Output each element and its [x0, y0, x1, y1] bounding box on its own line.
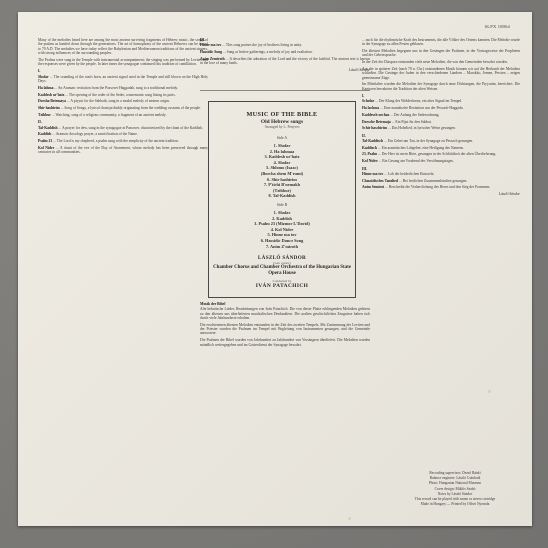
- paragraph: Im Mittelalter wurden die Melodien der S…: [362, 82, 520, 91]
- note-item: Kaddish ... Aramaic doxology prayer, a s…: [38, 132, 208, 136]
- note-term: Psalm 23: [38, 139, 52, 143]
- section-heading: III.: [200, 38, 370, 42]
- side-a-label: Side A: [209, 136, 355, 140]
- note-item: Dorsche Betemaja ... Ein Pijut für den S…: [362, 120, 520, 124]
- liner-notes-english: Many of the melodies heard here are amon…: [38, 38, 208, 508]
- note-term: Tal-Kaddish: [38, 126, 58, 130]
- liner-notes-german-continued: ... auch für die rhythmische Kraft des I…: [362, 38, 520, 448]
- note-item: Kol Nidre ... A chant of the eve of the …: [38, 146, 208, 155]
- note-term: Tzibbur: [38, 113, 51, 117]
- note-item: Dorsha Betemaya ... A piyyut for the Sab…: [38, 99, 208, 103]
- paragraphs: Alte hebräische Lieder, Bearbeitungen vo…: [200, 307, 370, 347]
- note-term: Dorsche Betemaja: [362, 120, 391, 124]
- note-text: ... Ein Gebet um Tau, in der Synagoge zu…: [383, 139, 473, 143]
- note-term: Schofar: [362, 99, 374, 103]
- notes-list: Shofar ... The sounding of the ram's hor…: [38, 75, 208, 117]
- intro-paragraph: Many of the melodies heard here are amon…: [38, 38, 208, 55]
- notes-list: Tal-Kaddish ... A prayer for dew, sung i…: [38, 126, 208, 155]
- production-credits: Recording supervisor: Dezső RánkiBalance…: [390, 471, 520, 507]
- note-item: Kaddesch urchaz ... Der Anfang der Seder…: [362, 113, 520, 117]
- note-term: Hassidic Song: [200, 50, 222, 54]
- notes-list: Hinne ma tov ... This song praises the j…: [200, 43, 370, 65]
- section-heading: Musik der Bibel: [200, 302, 370, 306]
- note-text: ... A piyyut for the Sabbath, sung in a …: [66, 99, 170, 103]
- note-term: 23. Psalm: [362, 152, 377, 156]
- note-term: Chassidisches Tanzlied: [362, 179, 398, 183]
- note-term: Kaddesch urchaz: [362, 113, 389, 117]
- note-item: Tal-Kaddisch ... Ein Gebet um Tau, in de…: [362, 139, 520, 143]
- note-term: Kaddish: [38, 132, 51, 136]
- note-item: Tal-Kaddish ... A prayer for dew, sung i…: [38, 126, 208, 130]
- note-item: Ha lachma ... Eine aramäische Rezitation…: [362, 106, 520, 110]
- note-text: ... It describes the adoration of the Lo…: [200, 57, 370, 65]
- paragraph: Alte hebräische Lieder, Bearbeitungen vo…: [200, 307, 370, 320]
- note-text: ... Ein Gesang am Vorabend des Versöhnun…: [378, 159, 454, 163]
- note-text: ... Watching, song of a religious commun…: [51, 113, 167, 117]
- note-text: ... Das Hohelied, in lyrischer Weise ges…: [387, 126, 456, 130]
- note-item: 23. Psalm ... Der Herr ist mein Hirte, g…: [362, 152, 520, 156]
- note-term: Ha lahma: [38, 86, 53, 90]
- note-item: Chassidisches Tanzlied ... Bei festliche…: [362, 179, 520, 183]
- note-text: ... Der Klang des Widderhorns, ein altes…: [374, 99, 462, 103]
- arranger: Arranged by L. Fenyves: [209, 125, 355, 129]
- note-item: Schofar ... Der Klang des Widderhorns, e…: [362, 99, 520, 103]
- note-text: ... Bei festlichen Zusammenkünften gesun…: [398, 179, 467, 183]
- note-text: ... Aramaic doxology prayer, a sanctific…: [51, 132, 137, 136]
- note-item: Hinne ma tov ... Lob der brüderlichen Ei…: [362, 172, 520, 176]
- note-text: ... Der Herr ist mein Hirte, gesungen in…: [377, 152, 496, 156]
- note-term: Shir hashirim: [38, 106, 60, 110]
- note-item: Kaddesh ur'hatz ... The opening of the o…: [38, 93, 208, 97]
- note-text: ... The opening of the order of the Sede…: [64, 93, 175, 97]
- note-term: Hinne ma tov: [200, 43, 221, 47]
- note-text: ... Ein Pijut für den Sabbat.: [391, 120, 432, 124]
- note-item: Tzibbur ... Watching, song of a religiou…: [38, 113, 208, 117]
- liner-notes-section-3: III. Hinne ma tov ... This song praises …: [200, 38, 370, 106]
- credit-line: Made in Hungary — Printed by Offset Nyom…: [390, 502, 520, 507]
- note-term: Kaddisch: [362, 146, 377, 150]
- note-text: ... Der Anfang der Sederordnung.: [389, 113, 439, 117]
- album-title: MUSIC OF THE BIBLE: [209, 111, 355, 118]
- section-heading: II.: [362, 134, 520, 138]
- note-text: ... Sung at festive gatherings, a melody…: [222, 50, 313, 54]
- notes-list: Schofar ... Der Klang des Widderhorns, e…: [362, 99, 520, 130]
- note-item: Anim Zemiroth ... It describes the adora…: [200, 57, 370, 66]
- ensemble: Chamber Chorus and Chamber Orchestra of …: [209, 265, 355, 277]
- section-heading: I.: [38, 69, 208, 73]
- paragraph: Die ältesten Melodien begegnen uns in de…: [362, 49, 520, 58]
- paragraph: ... auch für die rhythmische Kraft des I…: [362, 38, 520, 47]
- note-item: Ha lahma ... An Aramaic recitation from …: [38, 86, 208, 90]
- catalog-number: SLPX 18064: [485, 24, 510, 29]
- note-item: Schir haschirim ... Das Hohelied, in lyr…: [362, 126, 520, 130]
- paragraphs: ... auch für die rhythmische Kraft des I…: [362, 38, 520, 91]
- note-text: ... An Aramaic recitation from the Passo…: [53, 86, 178, 90]
- note-item: Shir hashirim ... Song of Songs, a lyric…: [38, 106, 208, 110]
- note-term: Kaddesh ur'hatz: [38, 93, 64, 97]
- section-heading: III.: [362, 167, 520, 171]
- note-term: Schir haschirim: [362, 126, 387, 130]
- liner-notes-german: Musik der Bibel Alte hebräische Lieder, …: [200, 302, 370, 508]
- note-text: ... This song praises the joy of brother…: [221, 43, 302, 47]
- note-text: ... Beschreibt die Verherrlichung des He…: [384, 185, 490, 189]
- note-text: ... Ein aramäisches Lobgebet, eine Heili…: [377, 146, 464, 150]
- conductor-name: IVÁN PATACHICH: [209, 283, 355, 289]
- note-item: Hinne ma tov ... This song praises the j…: [200, 43, 370, 47]
- note-text: ... A chant of the eve of the Day of Ato…: [38, 146, 208, 154]
- side-a-tracklist: 1. Shofar2. Ha lahmaa3. Kaddesh ur'hatz4…: [209, 143, 355, 199]
- note-item: Kol Nidre ... Ein Gesang am Vorabend des…: [362, 159, 520, 163]
- note-text: ... The Lord is my shepherd, a psalm sun…: [52, 139, 179, 143]
- paragraph: In der Zeit der Diaspora entstanden viel…: [362, 60, 520, 64]
- paragraph: Die Psalmen der Bibel wurden von Jahrhun…: [200, 338, 370, 347]
- notes-list: Hinne ma tov ... Lob der brüderlichen Ei…: [362, 172, 520, 190]
- divider: [200, 90, 370, 91]
- note-item: Shofar ... The sounding of the ram's hor…: [38, 75, 208, 84]
- note-text: ... A prayer for dew, sung in the synago…: [58, 126, 203, 130]
- paragraph: Die erschienenen ältesten Melodien entst…: [200, 323, 370, 336]
- sleeve-scuff: [348, 517, 351, 520]
- section-heading: I.: [362, 94, 520, 98]
- note-term: Kol Nidre: [362, 159, 378, 163]
- paragraph: The Psalms were sung in the Temple with …: [38, 58, 208, 67]
- paragraph: Aus der in späterer Zeit (nach 70 n. Chr…: [362, 67, 520, 80]
- title-credits-panel: MUSIC OF THE BIBLE Old Hebrew songs Arra…: [208, 101, 356, 298]
- note-item: Hassidic Song ... Sung at festive gather…: [200, 50, 370, 54]
- track-item: 8. Tal-Kaddish: [209, 193, 355, 199]
- note-term: Dorsha Betemaya: [38, 99, 66, 103]
- note-term: Ha lachma: [362, 106, 379, 110]
- section-heading: II.: [38, 120, 208, 124]
- note-term: Tal-Kaddisch: [362, 139, 383, 143]
- note-text: ... Lob der brüderlichen Eintracht.: [383, 172, 434, 176]
- side-b-label: Side B: [209, 203, 355, 207]
- signature: László Sándor: [362, 192, 520, 196]
- notes-list: Tal-Kaddisch ... Ein Gebet um Tau, in de…: [362, 139, 520, 164]
- note-item: Kaddisch ... Ein aramäisches Lobgebet, e…: [362, 146, 520, 150]
- note-text: ... Eine aramäische Rezitation aus der P…: [379, 106, 463, 110]
- track-item: 7. Anim Z'miroth: [209, 244, 355, 250]
- album-back-cover: SLPX 18064 Many of the melodies heard he…: [18, 12, 532, 526]
- note-term: Anim Semirot: [362, 185, 384, 189]
- note-term: Hinne ma tov: [362, 172, 383, 176]
- signature: László Sándor: [200, 68, 370, 72]
- side-b-tracklist: 1. Shofar2. Kaddish3. Psalm 23 (Mizmor L…: [209, 210, 355, 249]
- note-item: Anim Semirot ... Beschreibt die Verherrl…: [362, 185, 520, 189]
- note-text: ... The sounding of the ram's horn, an a…: [38, 75, 208, 83]
- sleeve-scuff: [488, 390, 491, 393]
- note-text: ... Song of Songs, a lyrical chant proba…: [60, 106, 201, 110]
- note-item: Psalm 23 ... The Lord is my shepherd, a …: [38, 139, 208, 143]
